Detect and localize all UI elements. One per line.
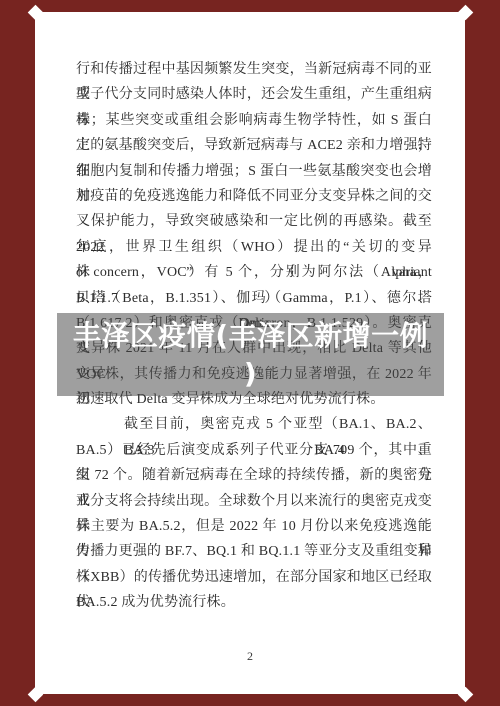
body-line: 传播力更强的 BF.7、BQ.1 和 BQ.1.1 等亚分支及重组变异株 (76, 539, 432, 564)
body-line: 年底，世界卫生组织（WHO）提出的“关切的变异株”（variant (76, 235, 432, 260)
frame-border-left (0, 0, 35, 706)
body-line: 叉保护能力，导致突破感染和一定比例的再感染。截至 2022 (76, 209, 432, 234)
body-line: 细胞内复制和传播力增强；S 蛋白一些氨基酸突变也会增加 (76, 159, 432, 184)
body-line: 行和传播过程中基因频繁发生突变，当新冠病毒不同的亚型 (76, 57, 432, 82)
body-line: 或子代分支同时感染人体时，还会发生重组，产生重组病毒 (76, 82, 432, 107)
body-line: （XBB）的传播优势迅速增加，在部分国家和地区已经取代 (76, 565, 432, 590)
body-line: 亚分支将会持续出现。全球数个月以来流行的奥密克戎变异 (76, 489, 432, 514)
body-line: 支 72 个。随着新冠病毒在全球的持续传播，新的奥密克戎 (76, 463, 432, 488)
page-number: 2 (0, 649, 500, 664)
overlay-title-line1: 丰泽区疫情(丰泽区新增一例 (73, 317, 428, 355)
body-line: 株主要为 BA.5.2，但是 2022 年 10 月份以来免疫逃逸能力和 (76, 514, 432, 539)
frame-border-top (0, 0, 500, 12)
title-overlay-banner: 丰泽区疫情(丰泽区新增一例 ) (57, 313, 444, 396)
body-line: 定的氨基酸突变后，导致新冠病毒与 ACE2 亲和力增强，在 (76, 133, 432, 158)
body-line: of concern，VOC）有 5 个，分别为阿尔法（Alpha，B.1.1.… (76, 260, 432, 285)
body-line: 对疫苗的免疫逃逸能力和降低不同亚分支变异株之间的交 (76, 184, 432, 209)
body-line: BA.5）已经先后演变成系列子代亚分支 709 个，其中重组分 (76, 438, 432, 463)
body-line: 贝塔（Beta，B.1.351）、伽玛（Gamma，P.1）、德尔塔（Delta… (76, 286, 432, 311)
frame-border-bottom (0, 694, 500, 706)
body-line: 株；某些突变或重组会影响病毒生物学特性，如 S 蛋白上特 (76, 108, 432, 133)
frame-border-right (465, 0, 500, 706)
overlay-title-line2: ) (244, 355, 257, 393)
body-line: BA.5.2 成为优势流行株。 (76, 590, 432, 615)
body-line-paragraph-start: 截至目前，奥密克戎 5 个亚型（BA.1、BA.2、BA.3、BA.4、 (76, 412, 432, 437)
